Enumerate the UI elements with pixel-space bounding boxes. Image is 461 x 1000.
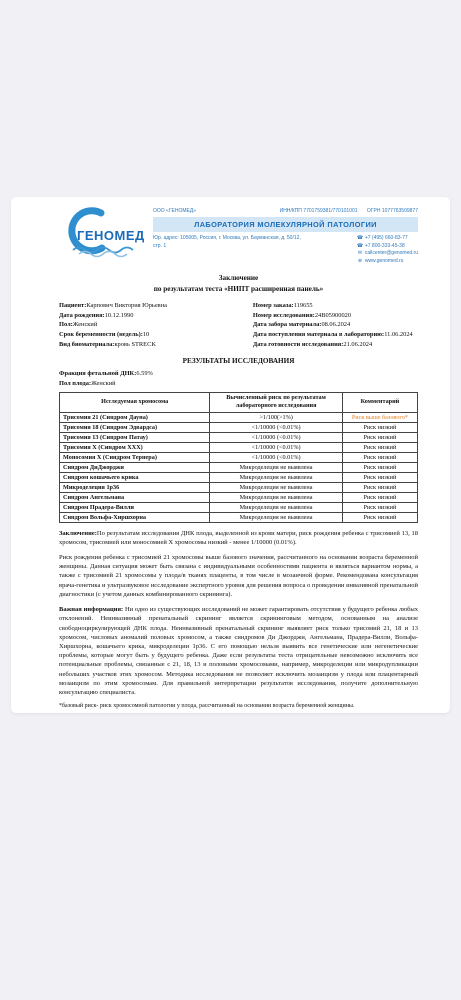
- column-header-chromosome: Исследуемая хромосома: [60, 393, 210, 412]
- result-risk: Микроделеция не выявлена: [210, 512, 342, 522]
- column-header-risk: Вычисленный риск по результатам лаборато…: [210, 393, 342, 412]
- field-value: 10.12.1990: [105, 312, 134, 319]
- patient-info: Пациент:Карпович Виктория Юрьевна Дата р…: [59, 301, 418, 351]
- lab-title-banner: ЛАБОРАТОРИЯ МОЛЕКУЛЯРНОЙ ПАТОЛОГИИ: [153, 217, 418, 232]
- fetus-sex-line: Пол плода:Женский: [59, 379, 418, 389]
- document-title-line1: Заключение: [59, 273, 418, 284]
- results-table: Исследуемая хромосома Вычисленный риск п…: [59, 392, 418, 522]
- column-header-comment: Комментарий: [342, 393, 417, 412]
- result-chromosome: Синдром Ангельмана: [60, 492, 210, 502]
- baseline-risk-footnote: *базовый риск- риск хромосомной патологи…: [59, 703, 418, 709]
- genomed-logo: ГЕНОМЕД: [59, 205, 145, 266]
- result-comment: Риск низкий: [342, 482, 417, 492]
- field-value: 08.06.2024: [321, 321, 350, 328]
- result-chromosome: Микроделеция 1p36: [60, 482, 210, 492]
- result-chromosome: Синдром Прадера-Вилли: [60, 502, 210, 512]
- result-chromosome: Синдром кошачьего крика: [60, 472, 210, 482]
- result-chromosome: Трисомия 13 (Синдром Патау): [60, 432, 210, 442]
- result-comment: Риск низкий: [342, 502, 417, 512]
- field-label: Номер исследования:: [253, 312, 315, 319]
- patient-info-right: Номер заказа:119655 Номер исследования:2…: [253, 301, 418, 351]
- field-label: Пациент:: [59, 302, 86, 309]
- patient-info-left: Пациент:Карпович Виктория Юрьевна Дата р…: [59, 301, 253, 351]
- logo-graphic: ГЕНОМЕД: [59, 205, 145, 261]
- phone-1: +7 (495) 660-83-77: [365, 235, 408, 241]
- field-value: 10: [143, 331, 149, 338]
- fetus-sex-label: Пол плода:: [59, 380, 91, 387]
- field-label: Пол:: [59, 321, 73, 328]
- result-chromosome: Моносомия X (Синдром Тернера): [60, 452, 210, 462]
- field-label: Срок беременности (недель):: [59, 331, 143, 338]
- field-value: 21.06.2024: [343, 341, 372, 348]
- result-risk: <1/10000 (<0.01%): [210, 452, 342, 462]
- field-label: Дата забора материала:: [253, 321, 322, 328]
- field-label: Дата готовности исследования:: [253, 341, 344, 348]
- email-address: callcenter@genomed.ru: [365, 250, 418, 256]
- document-title: Заключение по результатам теста «НИПТ ра…: [59, 273, 418, 295]
- email-icon: ✉: [356, 250, 363, 258]
- conclusion-text: По результатам исследования ДНК плода, в…: [59, 530, 418, 546]
- result-comment: Риск низкий: [342, 472, 417, 482]
- result-comment: Риск выше базового*: [342, 412, 417, 422]
- field-value: 119655: [294, 302, 313, 309]
- field-value: 11.06.2024: [384, 331, 413, 338]
- results-header-row: Исследуемая хромосома Вычисленный риск п…: [60, 393, 418, 412]
- phone-2: +7 800-333-45-38: [365, 243, 405, 249]
- result-chromosome: Синдром Вольфа-Хиршхорна: [60, 512, 210, 522]
- field-value: Женский: [73, 321, 97, 328]
- conclusion-label: Заключение:: [59, 530, 97, 537]
- company-reg-line: ООО «ГЕНОМЕД» ИНН/КПП 7701759381/7701010…: [153, 205, 418, 214]
- fetal-fraction-value: 6.59%: [136, 370, 153, 377]
- result-row: Микроделеция 1p36 Микроделеция не выявле…: [60, 482, 418, 492]
- result-comment: Риск низкий: [342, 442, 417, 452]
- result-risk: <1/10000 (<0.01%): [210, 422, 342, 432]
- result-row: Синдром Прадера-Вилли Микроделеция не вы…: [60, 502, 418, 512]
- patient-field: Пациент:Карпович Виктория Юрьевна: [59, 301, 253, 311]
- field-label: Вид биоматериала:: [59, 341, 114, 348]
- result-comment: Риск низкий: [342, 492, 417, 502]
- result-risk: Микроделеция не выявлена: [210, 472, 342, 482]
- result-comment: Риск низкий: [342, 512, 417, 522]
- result-risk: Микроделеция не выявлена: [210, 482, 342, 492]
- field-label: Дата рождения:: [59, 312, 105, 319]
- fetal-fraction-label: Фракция фетальной ДНК:: [59, 370, 136, 377]
- field-label: Номер заказа:: [253, 302, 294, 309]
- result-comment: Риск низкий: [342, 432, 417, 442]
- result-row: Синдром Вольфа-Хиршхорна Микроделеция не…: [60, 512, 418, 522]
- result-chromosome: Синдром ДиДжорджи: [60, 462, 210, 472]
- letterhead: ГЕНОМЕД ООО «ГЕНОМЕД» ИНН/КПП 7701759381…: [59, 205, 418, 266]
- patient-field: Дата рождения:10.12.1990: [59, 311, 253, 321]
- order-field: Дата готовности исследования:21.06.2024: [253, 340, 418, 350]
- conclusion-paragraph: Заключение:По результатам исследования Д…: [59, 529, 418, 547]
- result-row: Трисомия 21 (Синдром Дауна) >1/100(>1%) …: [60, 412, 418, 422]
- globe-icon: ⊕: [356, 258, 363, 266]
- order-field: Дата поступления материала в лабораторию…: [253, 330, 418, 340]
- patient-field: Пол:Женский: [59, 320, 253, 330]
- important-info-paragraph: Важная информация: Ни одно из существующ…: [59, 605, 418, 697]
- risk-explanation-paragraph: Риск рождения ребенка с трисомией 21 хро…: [59, 553, 418, 599]
- field-value: кровь STRECK: [114, 341, 156, 348]
- result-comment: Риск низкий: [342, 452, 417, 462]
- result-comment: Риск низкий: [342, 462, 417, 472]
- phone-icon: ☎: [356, 243, 363, 251]
- field-value: 24B05900020: [315, 312, 351, 319]
- result-risk: Микроделеция не выявлена: [210, 462, 342, 472]
- result-row: Синдром кошачьего крика Микроделеция не …: [60, 472, 418, 482]
- website-url: www.genomed.ru: [365, 258, 404, 264]
- patient-field: Вид биоматериала:кровь STRECK: [59, 340, 253, 350]
- logo-wave-2: [79, 252, 127, 257]
- document-title-line2: по результатам теста «НИПТ расширенная п…: [59, 284, 418, 295]
- result-risk: Микроделеция не выявлена: [210, 502, 342, 512]
- result-chromosome: Трисомия X (Синдром XXX): [60, 442, 210, 452]
- result-risk: <1/10000 (<0.01%): [210, 442, 342, 452]
- result-risk: <1/10000 (<0.01%): [210, 432, 342, 442]
- document-page: ГЕНОМЕД ООО «ГЕНОМЕД» ИНН/КПП 7701759381…: [11, 197, 450, 713]
- order-field: Номер исследования:24B05900020: [253, 311, 418, 321]
- company-ogrn: ОГРН 1077763509877: [367, 208, 418, 214]
- result-chromosome: Трисомия 21 (Синдром Дауна): [60, 412, 210, 422]
- logo-wordmark: ГЕНОМЕД: [77, 228, 145, 243]
- field-value: Карпович Виктория Юрьевна: [86, 302, 167, 309]
- company-name: ООО «ГЕНОМЕД»: [153, 208, 196, 214]
- fetus-sex-value: Женский: [91, 380, 115, 387]
- result-comment: Риск низкий: [342, 422, 417, 432]
- important-info-label: Важная информация:: [59, 606, 123, 613]
- result-chromosome: Трисомия 18 (Синдром Эдвардса): [60, 422, 210, 432]
- result-row: Трисомия 18 (Синдром Эдвардса) <1/10000 …: [60, 422, 418, 432]
- company-inn: ИНН/КПП 7701759381/770101001: [280, 208, 358, 214]
- results-heading: РЕЗУЛЬТАТЫ ИССЛЕДОВАНИЯ: [59, 357, 418, 365]
- phone-icon: ☎: [356, 235, 363, 243]
- result-row: Синдром Ангельмана Микроделеция не выявл…: [60, 492, 418, 502]
- result-row: Моносомия X (Синдром Тернера) <1/10000 (…: [60, 452, 418, 462]
- order-field: Дата забора материала:08.06.2024: [253, 320, 418, 330]
- result-risk: Микроделеция не выявлена: [210, 492, 342, 502]
- result-row: Трисомия 13 (Синдром Патау) <1/10000 (<0…: [60, 432, 418, 442]
- order-field: Номер заказа:119655: [253, 301, 418, 311]
- important-info-text: Ни одно из существующих исследований не …: [59, 606, 418, 696]
- result-row: Синдром ДиДжорджи Микроделеция не выявле…: [60, 462, 418, 472]
- legal-address: Юр. адрес: 105005, Россия, г. Москва, ул…: [153, 235, 303, 265]
- fetal-fraction-line: Фракция фетальной ДНК:6.59%: [59, 369, 418, 379]
- contact-block: ☎ +7 (495) 660-83-77 ☎ +7 800-333-45-38 …: [356, 235, 418, 265]
- result-risk: >1/100(>1%): [210, 412, 342, 422]
- field-label: Дата поступления материала в лабораторию…: [253, 331, 384, 338]
- result-row: Трисомия X (Синдром XXX) <1/10000 (<0.01…: [60, 442, 418, 452]
- patient-field: Срок беременности (недель):10: [59, 330, 253, 340]
